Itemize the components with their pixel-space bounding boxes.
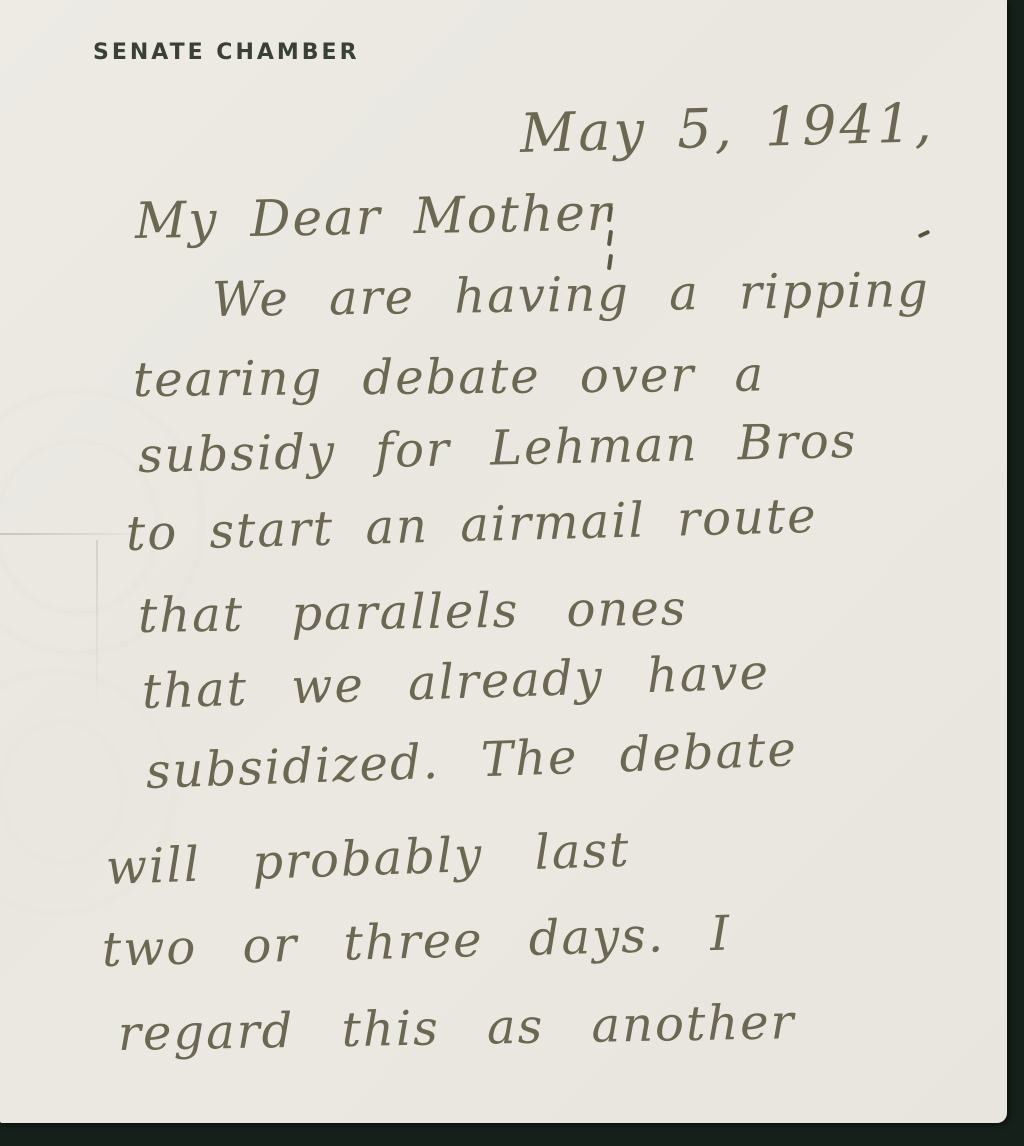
letterhead-title: SENATE CHAMBER xyxy=(93,40,360,65)
handwriting-line: subsidized. The debate xyxy=(145,721,799,800)
handwriting-line: two or three days. I xyxy=(101,906,732,978)
handwriting-line: that we already have xyxy=(141,644,771,720)
letter-paper: SENATE CHAMBER May 5, 1941, My Dear Moth… xyxy=(0,0,1007,1123)
ink-dash-mark xyxy=(918,230,931,239)
date-line: May 5, 1941, xyxy=(519,91,935,165)
handwriting-line: to start an airmail route xyxy=(125,488,818,562)
handwriting-line: tearing debate over a xyxy=(133,346,766,408)
salutation: My Dear Mother xyxy=(134,184,613,250)
handwriting-line: subsidy for Lehman Bros xyxy=(137,413,857,484)
handwriting-line: will probably last xyxy=(105,822,631,896)
handwriting-line: regard this as another xyxy=(118,994,796,1062)
handwriting-line: We are having a ripping xyxy=(212,262,931,328)
handwriting-line: that parallels ones xyxy=(138,580,688,644)
fold-crease-vertical xyxy=(96,540,98,710)
